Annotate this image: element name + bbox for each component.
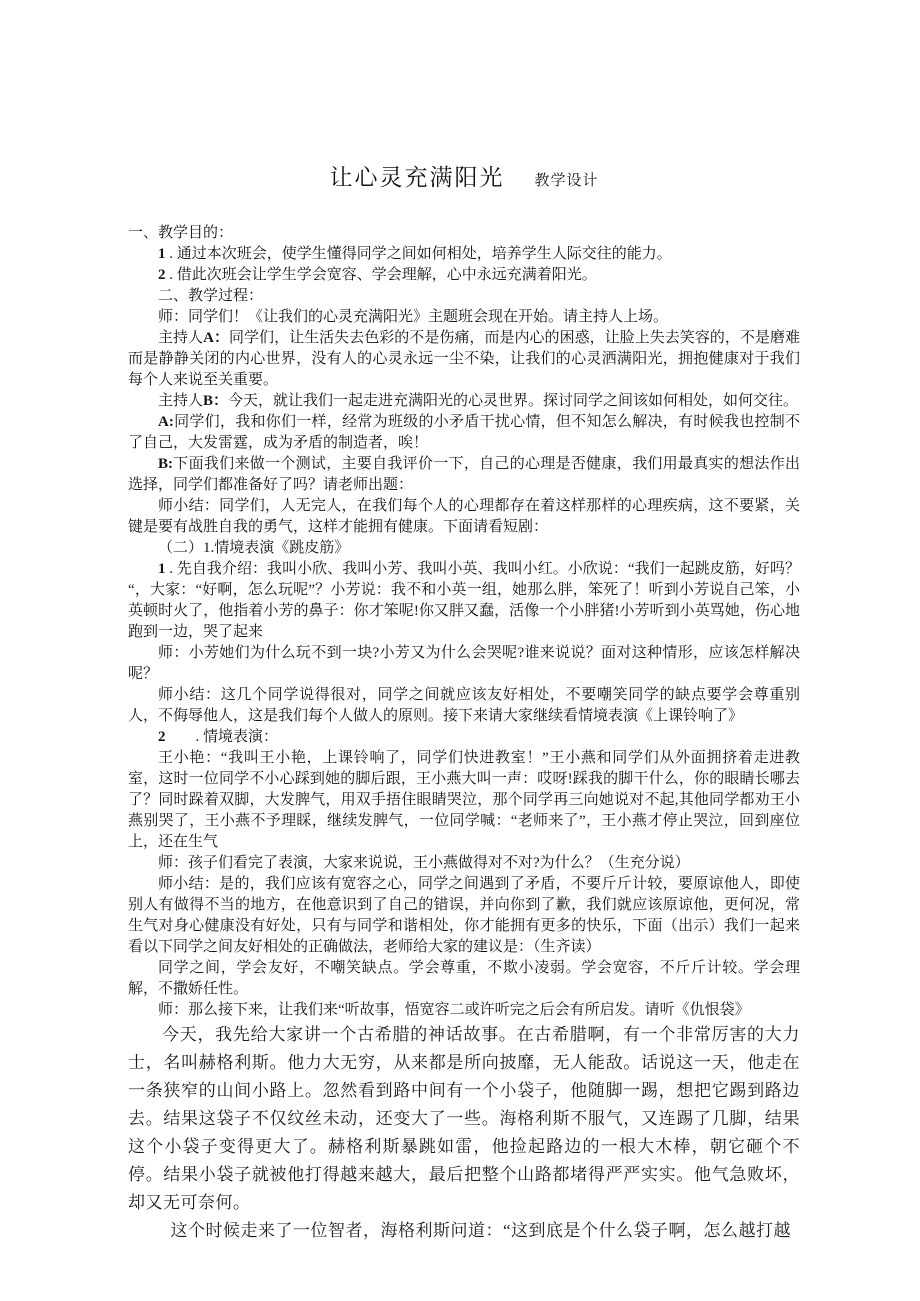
page-title: 让心灵充满阳光教学设计 — [128, 156, 800, 193]
text-run: 二、教学过程： — [158, 288, 263, 304]
text-run: 师：那么接下来，让我们来“听故事，悟宽容二或许听完之后会有所启发。请听《仇恨袋》 — [158, 1002, 750, 1018]
bold-text-run: B： — [203, 393, 228, 409]
paragraph: 师小结：这几个同学说得很对，同学之间就应该友好相处，不要嘲笑同学的缺点要学会尊重… — [128, 685, 800, 727]
text-run: . 通过本次班会，使学生懂得同学之间如何相处，培养学生人际交往的能力。 — [166, 246, 672, 262]
paragraph: 2 . 借此次班会让学生学会宽容、学会理解，心中永远充满着阳光。 — [128, 265, 800, 286]
paragraph: 师：小芳她们为什么玩不到一块?小芳又为什么会哭呢?谁来说说？面对这种情形，应该怎… — [128, 643, 800, 685]
text-run: 一、教学目的： — [128, 225, 233, 241]
paragraph: 主持人B：今天，就让我们一起走进充满阳光的心灵世界。探讨同学之间该如何相处，如何… — [128, 391, 800, 412]
text-run: . 先自我介绍：我叫小欣、我叫小芳、我叫小英、我叫小红。小欣说：“我们一起跳皮筋… — [128, 561, 800, 640]
paragraph: 同学之间，学会友好，不嘲笑缺点。学会尊重，不欺小凌弱。学会宽容，不斤斤计较。学会… — [128, 958, 800, 1000]
text-run: . 借此次班会让学生学会宽容、学会理解，心中永远充满着阳光。 — [166, 267, 597, 283]
paragraph: 师小结：是的，我们应该有宽容之心，同学之间遇到了矛盾，不要斤斤计较，要原谅他人，… — [128, 874, 800, 958]
paragraph: 主持人A：同学们，让生活失去色彩的不是伤痛，而是内心的困惑，让脸上失去笑容的，不… — [128, 328, 800, 391]
document-body: 一、教学目的：1 . 通过本次班会，使学生懂得同学之间如何相处，培养学生人际交往… — [128, 223, 800, 1245]
bold-text-run: A： — [203, 330, 229, 346]
text-run: 同学们，让生活失去色彩的不是伤痛，而是内心的困惑，让脸上失去笑容的，不是磨难而是… — [128, 330, 800, 388]
title-main: 让心灵充满阳光 — [329, 165, 504, 190]
text-run: 师：小芳她们为什么玩不到一块?小芳又为什么会哭呢?谁来说说？面对这种情形，应该怎… — [128, 645, 800, 682]
paragraph: 二、教学过程： — [128, 286, 800, 307]
paragraph: （二）1.情境表演《跳皮筋》 — [128, 538, 800, 559]
text-run: 下面我们来做一个测试，主要自我评价一下，自己的心理是否健康，我们用最真实的想法作… — [128, 456, 800, 493]
paragraph: 1 . 通过本次班会，使学生懂得同学之间如何相处，培养学生人际交往的能力。 — [128, 244, 800, 265]
text-run: 同学之间，学会友好，不嘲笑缺点。学会尊重，不欺小凌弱。学会宽容，不斤斤计较。学会… — [128, 960, 800, 997]
text-run: 同学们，我和你们一样，经常为班级的小矛盾干扰心情，但不知怎么解决，有时候我也控制… — [128, 414, 800, 451]
text-run: 主持人 — [158, 330, 203, 346]
paragraph: 师：同学们！《让我们的心灵充满阳光》主题班会现在开始。请主持人上场。 — [128, 307, 800, 328]
paragraph: 1 . 先自我介绍：我叫小欣、我叫小芳、我叫小英、我叫小红。小欣说：“我们一起跳… — [128, 559, 800, 643]
paragraph: 今天，我先给大家讲一个古希腊的神话故事。在古希腊啊，有一个非常厉害的大力士，名叫… — [128, 1021, 800, 1217]
paragraph: 王小艳：“我叫王小艳，上课铃响了，同学们快进教室！”王小燕和同学们从外面拥挤着走… — [128, 748, 800, 853]
text-run: 主持人 — [158, 393, 203, 409]
text-run: 师小结：同学们，人无完人，在我们每个人的心理都存在着这样那样的心理疾病，这不要紧… — [128, 498, 800, 535]
text-run: 王小艳：“我叫王小艳，上课铃响了，同学们快进教室！”王小燕和同学们从外面拥挤着走… — [128, 750, 800, 850]
text-run: （二）1.情境表演《跳皮筋》 — [158, 540, 349, 556]
paragraph: 一、教学目的： — [128, 223, 800, 244]
bold-text-run: 1 — [158, 561, 166, 577]
bold-text-run: B: — [158, 456, 173, 472]
text-run: 师：孩子们看完了表演，大家来说说，王小燕做得对不对?为什么？（生充分说） — [158, 855, 690, 871]
paragraph: 师：那么接下来，让我们来“听故事，悟宽容二或许听完之后会有所启发。请听《仇恨袋》 — [128, 1000, 800, 1021]
paragraph: A:同学们，我和你们一样，经常为班级的小矛盾干扰心情，但不知怎么解决，有时候我也… — [128, 412, 800, 454]
text-run: . 情境表演： — [166, 729, 279, 745]
text-run: 师小结：这几个同学说得很对，同学之间就应该友好相处，不要嘲笑同学的缺点要学会尊重… — [128, 687, 800, 724]
paragraph: 这个时候走来了一位智者，海格利斯问道：“这到底是个什么袋子啊，怎么越打越 — [128, 1217, 800, 1245]
paragraph: 2 . 情境表演： — [128, 727, 800, 748]
text-run: 师小结：是的，我们应该有宽容之心，同学之间遇到了矛盾，不要斤斤计较，要原谅他人，… — [128, 876, 800, 955]
document-page: 让心灵充满阳光教学设计 一、教学目的：1 . 通过本次班会，使学生懂得同学之间如… — [0, 0, 920, 1301]
bold-text-run: 1 — [158, 246, 166, 262]
bold-text-run: 2 — [158, 729, 166, 745]
bold-text-run: A: — [158, 414, 174, 430]
text-run: 这个时候走来了一位智者，海格利斯问道：“这到底是个什么袋子啊，怎么越打越 — [171, 1221, 792, 1240]
bold-text-run: 2 — [158, 267, 166, 283]
paragraph: B:下面我们来做一个测试，主要自我评价一下，自己的心理是否健康，我们用最真实的想… — [128, 454, 800, 496]
paragraph: 师小结：同学们，人无完人，在我们每个人的心理都存在着这样那样的心理疾病，这不要紧… — [128, 496, 800, 538]
title-suffix: 教学设计 — [534, 173, 598, 189]
paragraph: 师：孩子们看完了表演，大家来说说，王小燕做得对不对?为什么？（生充分说） — [128, 853, 800, 874]
text-run: 今天，就让我们一起走进充满阳光的心灵世界。探讨同学之间该如何相处，如何交往。 — [228, 393, 798, 409]
text-run: 师：同学们！《让我们的心灵充满阳光》主题班会现在开始。请主持人上场。 — [158, 309, 668, 325]
text-run: 今天，我先给大家讲一个古希腊的神话故事。在古希腊啊，有一个非常厉害的大力士，名叫… — [128, 1025, 800, 1212]
